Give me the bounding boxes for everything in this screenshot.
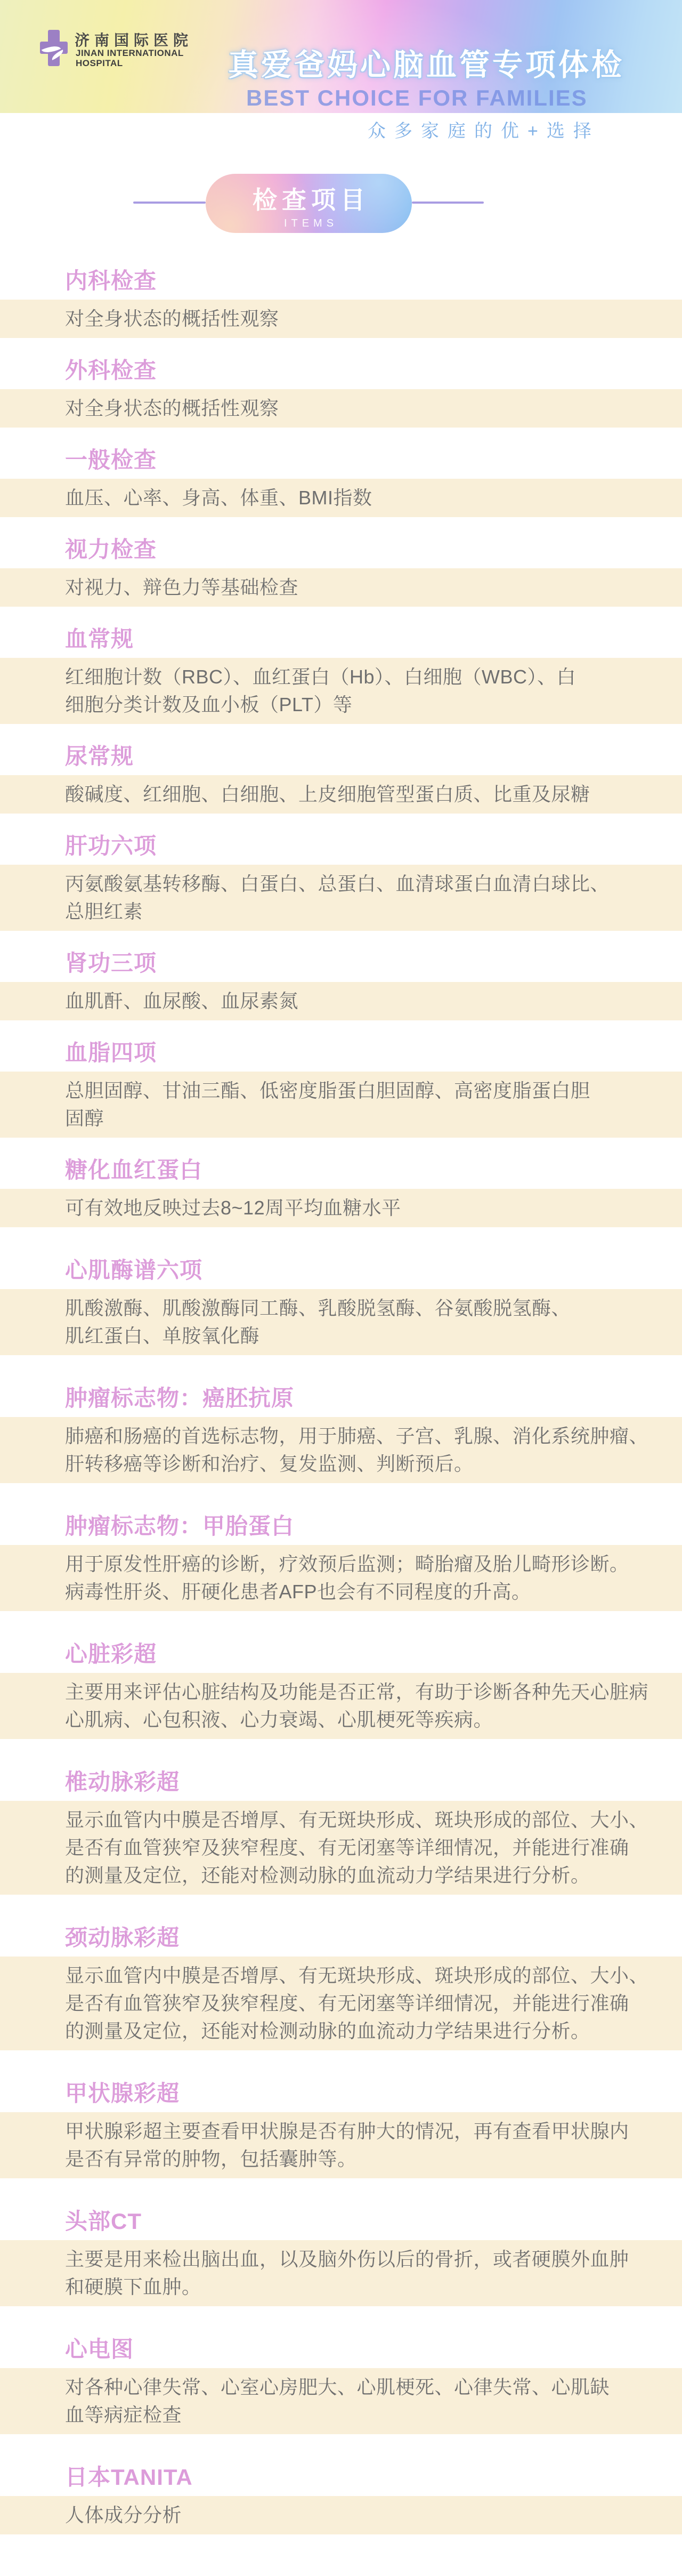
checkup-section: 心肌酶谱六项肌酸激酶、肌酸激酶同工酶、乳酸脱氢酶、谷氨酸脱氢酶、 肌红蛋白、单胺… — [0, 1259, 682, 1355]
section-description: 血压、心率、身高、体重、BMI指数 — [0, 479, 682, 517]
section-description: 对全身状态的概括性观察 — [0, 300, 682, 338]
hospital-name-en-line2: HOSPITAL — [76, 58, 184, 68]
section-description: 主要是用来检出脑出血，以及脑外伤以后的骨折，或者硬膜外血肿 和硬膜下血肿。 — [0, 2240, 682, 2306]
section-description: 显示血管内中膜是否增厚、有无斑块形成、斑块形成的部位、大小、 是否有血管狭窄及狭… — [0, 1801, 682, 1895]
section-title: 内科检查 — [65, 270, 682, 292]
section-description: 显示血管内中膜是否增厚、有无斑块形成、斑块形成的部位、大小、 是否有血管狭窄及狭… — [0, 1957, 682, 2050]
checkup-section: 尿常规酸碱度、红细胞、白细胞、上皮细胞管型蛋白质、比重及尿糖 — [0, 745, 682, 814]
section-description: 用于原发性肝癌的诊断，疗效预后监测；畸胎瘤及胎儿畸形诊断。 病毒性肝炎、肝硬化患… — [0, 1545, 682, 1611]
checkup-section: 心脏彩超主要用来评估心脏结构及功能是否正常，有助于诊断各种先天心脏病 心肌病、心… — [0, 1643, 682, 1739]
section-title: 头部CT — [65, 2210, 682, 2233]
section-description: 对各种心律失常、心室心房肥大、心肌梗死、心律失常、心肌缺 血等病症检查 — [0, 2368, 682, 2434]
section-title: 糖化血红蛋白 — [65, 1159, 682, 1181]
section-description: 肺癌和肠癌的首选标志物，用于肺癌、子宫、乳腺、消化系统肿瘤、 肝转移癌等诊断和治… — [0, 1417, 682, 1483]
section-description: 红细胞计数（RBC）、血红蛋白（Hb）、白细胞（WBC）、白 细胞分类计数及血小… — [0, 658, 682, 724]
section-description: 甲状腺彩超主要查看甲状腺是否有肿大的情况，再有查看甲状腺内 是否有异常的肿物，包… — [0, 2112, 682, 2178]
section-title: 心电图 — [65, 2338, 682, 2361]
checkup-section: 肿瘤标志物：癌胚抗原肺癌和肠癌的首选标志物，用于肺癌、子宫、乳腺、消化系统肿瘤、… — [0, 1387, 682, 1483]
section-description: 丙氨酸氨基转移酶、白蛋白、总蛋白、血清球蛋白血清白球比、 总胆红素 — [0, 865, 682, 931]
section-title: 肾功三项 — [65, 952, 682, 975]
section-title: 尿常规 — [65, 745, 682, 768]
checkup-section: 一般检查血压、心率、身高、体重、BMI指数 — [0, 449, 682, 517]
section-title: 椎动脉彩超 — [65, 1771, 682, 1793]
divider-line-right — [412, 202, 484, 204]
checkup-section: 椎动脉彩超显示血管内中膜是否增厚、有无斑块形成、斑块形成的部位、大小、 是否有血… — [0, 1771, 682, 1895]
section-title: 心脏彩超 — [65, 1643, 682, 1665]
hospital-name-en-line1: JINAN INTERNATIONAL — [76, 48, 184, 58]
items-banner-row: 检查项目 ITEMS — [0, 152, 682, 248]
section-title: 血常规 — [65, 628, 682, 650]
section-title: 肝功六项 — [65, 835, 682, 857]
checkup-section: 日本TANITA人体成分分析 — [0, 2466, 682, 2534]
section-title: 肿瘤标志物：甲胎蛋白 — [65, 1515, 682, 1537]
checkup-section: 肿瘤标志物：甲胎蛋白用于原发性肝癌的诊断，疗效预后监测；畸胎瘤及胎儿畸形诊断。 … — [0, 1515, 682, 1611]
section-description: 可有效地反映过去8~12周平均血糖水平 — [0, 1189, 682, 1227]
checkup-section: 甲状腺彩超甲状腺彩超主要查看甲状腺是否有肿大的情况，再有查看甲状腺内 是否有异常… — [0, 2082, 682, 2178]
checkup-section: 头部CT主要是用来检出脑出血，以及脑外伤以后的骨折，或者硬膜外血肿 和硬膜下血肿… — [0, 2210, 682, 2306]
section-description: 对全身状态的概括性观察 — [0, 389, 682, 428]
divider-line-left — [133, 202, 206, 204]
checkup-section: 血脂四项总胆固醇、甘油三酯、低密度脂蛋白胆固醇、高密度脂蛋白胆 固醇 — [0, 1042, 682, 1138]
page-title: 真爱爸妈心脑血管专项体检 — [228, 41, 624, 84]
section-title: 视力检查 — [65, 538, 682, 561]
checkup-section: 糖化血红蛋白可有效地反映过去8~12周平均血糖水平 — [0, 1159, 682, 1227]
checkup-section: 颈动脉彩超显示血管内中膜是否增厚、有无斑块形成、斑块形成的部位、大小、 是否有血… — [0, 1927, 682, 2050]
page-subtitle-en: BEST CHOICE FOR FAMILIES — [246, 85, 588, 111]
items-banner-sublabel: ITEMS — [206, 218, 412, 230]
section-description: 肌酸激酶、肌酸激酶同工酶、乳酸脱氢酶、谷氨酸脱氢酶、 肌红蛋白、单胺氧化酶 — [0, 1289, 682, 1355]
checkup-section: 血常规红细胞计数（RBC）、血红蛋白（Hb）、白细胞（WBC）、白 细胞分类计数… — [0, 628, 682, 724]
tagline-text: 众多家庭的优+选择 — [368, 116, 600, 142]
section-description: 血肌酐、血尿酸、血尿素氮 — [0, 982, 682, 1020]
section-title: 日本TANITA — [65, 2466, 682, 2489]
hero-banner: 济南国际医院 JINAN INTERNATIONAL HOSPITAL 真爱爸妈… — [0, 0, 682, 113]
checkup-section: 外科检查对全身状态的概括性观察 — [0, 359, 682, 428]
section-description: 对视力、辩色力等基础检查 — [0, 568, 682, 607]
checkup-section: 视力检查对视力、辩色力等基础检查 — [0, 538, 682, 607]
medical-cross-icon — [40, 30, 68, 66]
checkup-section: 内科检查对全身状态的概括性观察 — [0, 270, 682, 338]
section-title: 一般检查 — [65, 449, 682, 471]
section-description: 人体成分分析 — [0, 2496, 682, 2534]
checkup-section: 肾功三项血肌酐、血尿酸、血尿素氮 — [0, 952, 682, 1020]
tagline-row: 众多家庭的优+选择 — [0, 113, 682, 152]
section-title: 甲状腺彩超 — [65, 2082, 682, 2105]
section-title: 血脂四项 — [65, 1042, 682, 1064]
hospital-name-cn: 济南国际医院 — [75, 29, 250, 50]
section-title: 颈动脉彩超 — [65, 1927, 682, 1949]
section-title: 肿瘤标志物：癌胚抗原 — [65, 1387, 682, 1410]
checkup-section: 心电图对各种心律失常、心室心房肥大、心肌梗死、心律失常、心肌缺 血等病症检查 — [0, 2338, 682, 2434]
section-description: 主要用来评估心脏结构及功能是否正常，有助于诊断各种先天心脏病 心肌病、心包积液、… — [0, 1673, 682, 1739]
checkup-section: 肝功六项丙氨酸氨基转移酶、白蛋白、总蛋白、血清球蛋白血清白球比、 总胆红素 — [0, 835, 682, 931]
checkup-sections-list: 内科检查对全身状态的概括性观察外科检查对全身状态的概括性观察一般检查血压、心率、… — [0, 270, 682, 2566]
section-title: 外科检查 — [65, 359, 682, 382]
items-banner-label: 检查项目 — [206, 181, 412, 216]
items-banner-button[interactable]: 检查项目 ITEMS — [206, 174, 412, 233]
section-description: 总胆固醇、甘油三酯、低密度脂蛋白胆固醇、高密度脂蛋白胆 固醇 — [0, 1072, 682, 1138]
section-title: 心肌酶谱六项 — [65, 1259, 682, 1282]
hospital-name-en: JINAN INTERNATIONAL HOSPITAL — [76, 48, 184, 68]
section-description: 酸碱度、红细胞、白细胞、上皮细胞管型蛋白质、比重及尿糖 — [0, 775, 682, 814]
